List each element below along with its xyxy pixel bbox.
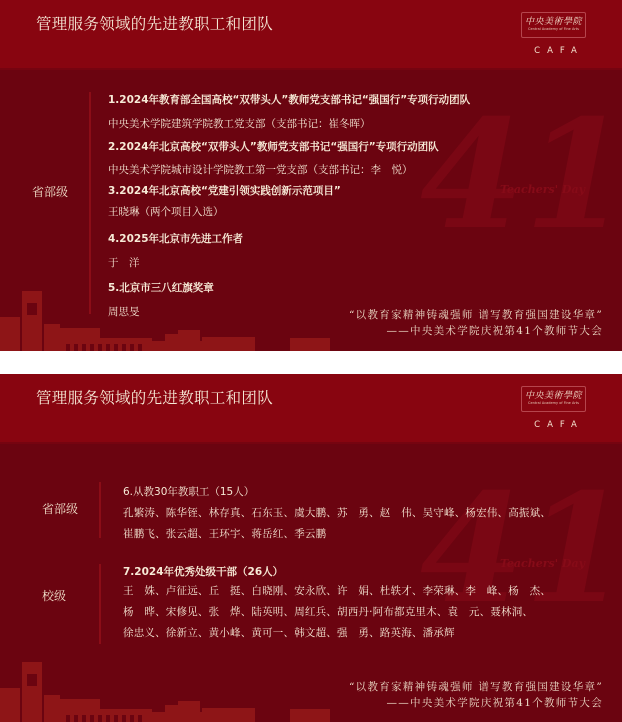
award-recipient: 王晓琳（两个项目入选） <box>108 204 224 219</box>
logo-chinese-name: 中央美術學院 <box>522 14 585 27</box>
names-line: 崔鹏飞、张云超、王环宇、蒋岳红、季云鹏 <box>123 526 326 541</box>
slide-provincial-awards: 41 Teachers' Day 管理服务领域的先进教职工和团队 中央美術 <box>0 0 622 351</box>
slogan-line-1: “以教育家精神铸魂强师 谱写教育强国建设华章” <box>349 679 603 694</box>
category-label-provincial: 省部级 <box>42 500 78 517</box>
watermark-41: 41 <box>420 474 622 624</box>
award-title: 2.2024年北京高校“双带头人”教师党支部书记“强国行”专项行动团队 <box>108 139 439 154</box>
slide-staff-awards: 41 Teachers' Day 管理服务领域的先进教职工和团队 中央美術 <box>0 374 622 722</box>
award-recipient: 中央美术学院城市设计学院教工第一党支部（支部书记：李 悦） <box>108 162 413 177</box>
slogan-line-2: ——中央美术学院庆祝第41个教师节大会 <box>386 323 603 338</box>
vertical-divider <box>99 564 101 644</box>
slogan-line-2: ——中央美术学院庆祝第41个教师节大会 <box>386 695 603 710</box>
award-recipient: 周思旻 <box>108 304 140 319</box>
slogan-line-1: “以教育家精神铸魂强师 谱写教育强国建设华章” <box>349 307 603 322</box>
logo-abbreviation: CAFA <box>522 420 591 430</box>
watermark-teachers-day: Teachers' Day <box>500 183 585 196</box>
watermark-41: 41 <box>420 100 622 250</box>
award-title: 5.北京市三八红旗奖章 <box>108 280 214 295</box>
logo-english-name: Central Academy of Fine Arts <box>522 401 585 405</box>
names-line: 孔繁涛、陈华铚、林存真、石东玉、虞大鹏、苏 勇、赵 伟、吴守峰、杨宏伟、高振斌、 <box>123 505 551 520</box>
names-line: 徐忠义、徐新立、黄小峰、黄可一、韩文超、强 勇、路英海、潘承辉 <box>123 625 455 640</box>
page-title: 管理服务领域的先进教职工和团队 <box>36 12 273 34</box>
award-title: 3.2024年北京高校“党建引领实践创新示范项目” <box>108 183 341 198</box>
cafa-logo: 中央美術學院 Central Academy of Fine Arts <box>521 12 586 38</box>
award-title: 1.2024年教育部全国高校“双带头人”教师党支部书记“强国行”专项行动团队 <box>108 92 470 107</box>
logo-chinese-name: 中央美術學院 <box>522 388 585 401</box>
logo-english-name: Central Academy of Fine Arts <box>522 27 585 31</box>
section-title: 6.从教30年教职工（15人） <box>123 484 254 499</box>
award-recipient: 中央美术学院建筑学院教工党支部（支部书记：崔冬晖） <box>108 116 371 131</box>
watermark-teachers-day: Teachers' Day <box>500 557 585 570</box>
award-recipient: 于 洋 <box>108 255 140 270</box>
vertical-divider <box>89 92 91 314</box>
section-title: 7.2024年优秀处级干部（26人） <box>123 564 283 579</box>
award-title: 4.2025年北京市先进工作者 <box>108 231 243 246</box>
vertical-divider <box>99 482 101 538</box>
names-line: 王 姝、卢征远、丘 挺、白晓刚、安永欣、许 娟、杜轶才、李荣琳、李 峰、杨 杰、 <box>123 583 551 598</box>
slide-header: 管理服务领域的先进教职工和团队 中央美術學院 Central Academy o… <box>0 0 622 70</box>
cafa-logo: 中央美術學院 Central Academy of Fine Arts <box>521 386 586 412</box>
category-label-school: 校级 <box>42 587 66 604</box>
names-line: 杨 晔、宋修见、张 烨、陆英明、周红兵、胡西丹·阿布都克里木、袁 元、聂林洞、 <box>123 604 533 619</box>
slide-header: 管理服务领域的先进教职工和团队 中央美術學院 Central Academy o… <box>0 374 622 444</box>
page-title: 管理服务领域的先进教职工和团队 <box>36 386 273 408</box>
category-label-provincial: 省部级 <box>32 183 68 200</box>
logo-abbreviation: CAFA <box>522 46 591 56</box>
